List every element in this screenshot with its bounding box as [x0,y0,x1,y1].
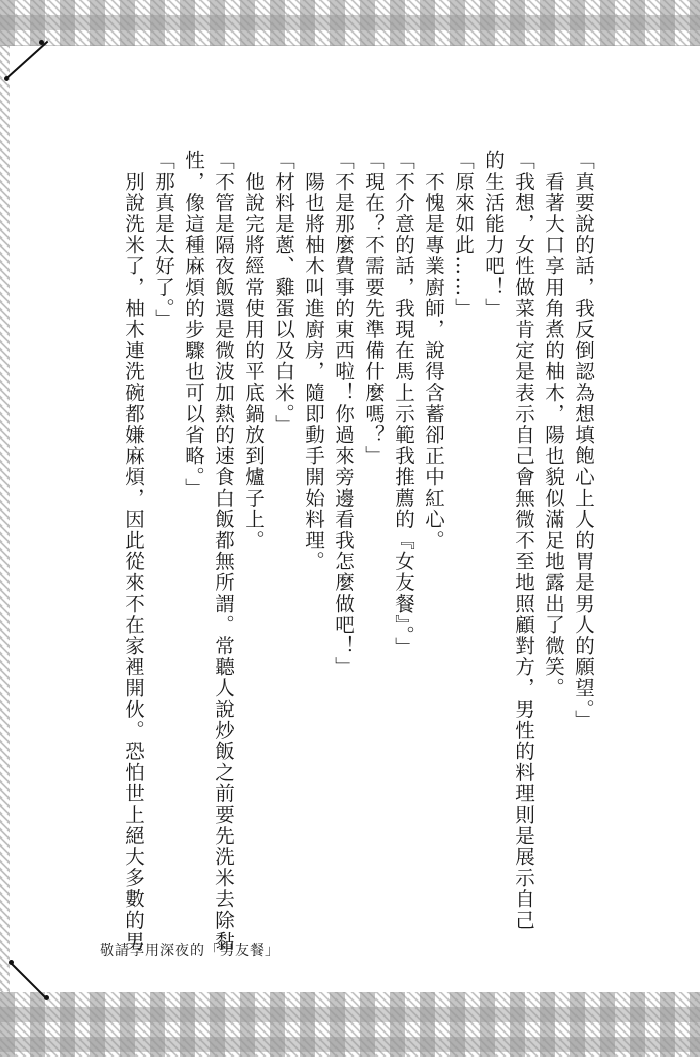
top-gingham-border [0,0,700,46]
text-column: 性，像這種麻煩的步驟也可以省略。」 [178,150,208,499]
text-column: 看著大口享用角煮的柚木，陽也貌似滿足地露出了微笑。 [538,150,568,699]
vertical-text-body: 「真要說的話，我反倒認為想填飽心上人的胃是男人的願望。」 看著大口享用角煮的柚木… [110,150,630,920]
text-column: 「真要說的話，我反倒認為想填飽心上人的胃是男人的願望。」 [568,150,598,731]
bottom-gingham-border [0,992,700,1057]
text-column: 「那真是太好了。」 [148,150,178,330]
text-column: 「不管是隔夜飯還是微波加熱的速食白飯都無所謂。常聽人說炒飯之前要先洗米去除黏 [208,150,238,952]
text-column: 「不介意的話，我現在馬上示範我推薦的『女友餐』。」 [388,150,418,658]
text-column: 不愧是專業廚師，說得含蓄卻正中紅心。 [418,150,448,551]
text-column: 陽也將柚木叫進廚房，隨即動手開始料理。 [298,150,328,572]
text-column: 他說完將經常使用的平底鍋放到爐子上。 [238,150,268,551]
text-column: 「原來如此……」 [448,150,478,319]
running-footer-book-title: 敬請享用深夜的「男友餐」 [100,940,280,960]
text-column: 別說洗米了，柚木連洗碗都嫌麻煩，因此從來不在家裡開伙。恐怕世上絕大多數的男 [118,150,148,952]
text-column: 的生活能力吧！」 [478,150,508,319]
text-column: 「我想，女性做菜肯定是表示自己會無微不至地照顧對方，男性的料理則是展示自己 [508,150,538,931]
left-gingham-strip [0,46,10,992]
text-column: 「現在？不需要先準備什麼嗎？」 [358,150,388,467]
text-column: 「不是那麼費事的東西啦！你過來旁邊看我怎麼做吧！」 [328,150,358,678]
text-column: 「材料是蔥、雞蛋以及白米。」 [268,150,298,436]
